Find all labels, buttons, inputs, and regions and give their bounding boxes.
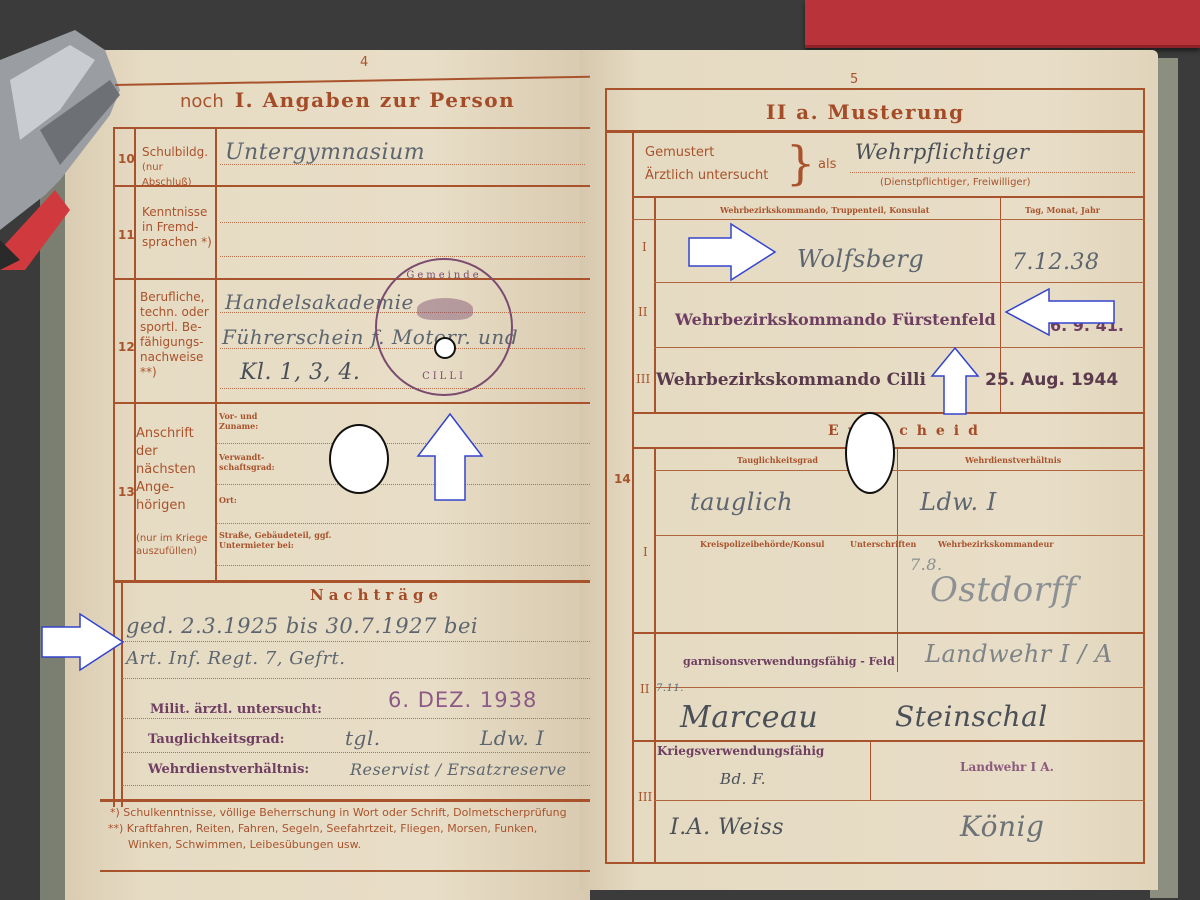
- verhaeltnis-header: Wehrdienstverhältnis: [965, 455, 1061, 465]
- dotted-line: [122, 678, 590, 679]
- tauglichkeit-value: tgl.: [345, 726, 381, 750]
- left-section-title: noch I. Angaben zur Person: [180, 88, 515, 112]
- frame-left: [113, 127, 115, 807]
- roman-column-line: [654, 447, 656, 864]
- annotation-oval-right: [845, 412, 895, 494]
- footnote-2: **) Kraftfahren, Reiten, Fahren, Segeln,…: [108, 822, 537, 836]
- divider: [632, 632, 1145, 634]
- wehrdienst-value: Reservist / Ersatzreserve: [350, 760, 567, 779]
- number-column-line: [632, 130, 634, 864]
- als-label: als: [818, 157, 836, 172]
- row-divider: [113, 185, 590, 187]
- field-label: Verwandt-schaftsgrad:: [219, 452, 279, 472]
- row-number: 11: [118, 228, 135, 242]
- roman-numeral: III: [636, 372, 650, 386]
- divider: [632, 740, 1145, 742]
- row-divider: [113, 580, 590, 583]
- row-number: 14: [614, 472, 631, 486]
- verhaeltnis-value: Landwehr I / A: [925, 640, 1113, 668]
- title-prefix: noch: [180, 91, 224, 112]
- row-number: 10: [118, 152, 135, 166]
- divider: [113, 127, 590, 129]
- row-divider: [100, 799, 590, 802]
- row-label: Schulbildg. (nur Abschluß): [142, 145, 214, 190]
- entscheid-date: 7.11.: [656, 683, 684, 694]
- musterung-command: Wolfsberg: [797, 245, 924, 273]
- field-label: Straße, Gebäudeteil, ggf. Untermieter be…: [219, 530, 349, 550]
- seal-top-text: Gemeinde: [377, 270, 511, 281]
- command-header: Wehrbezirkskommando, Truppenteil, Konsul…: [720, 205, 929, 215]
- behoerde-header: Kreispolizeibehörde/Konsul: [700, 539, 824, 549]
- signature-right: Steinschal: [895, 700, 1048, 733]
- row-divider: [654, 282, 1145, 283]
- label-column-line: [215, 127, 217, 582]
- nachtraege-heading: Nachträge: [310, 586, 443, 604]
- musterung-command-stamp: Wehrbezirkskommando Cilli: [656, 370, 926, 390]
- dotted-line: [215, 565, 590, 566]
- bottom-divider: [100, 870, 590, 872]
- initials: Bd. F.: [720, 770, 766, 788]
- divider: [632, 196, 1145, 198]
- divider: [656, 535, 1145, 536]
- divider: [632, 219, 1145, 220]
- gemustert-label: Gemustert: [645, 145, 714, 160]
- dotted-line: [215, 523, 590, 524]
- row-label-text: Schulbildg.: [142, 145, 214, 160]
- annotation-dot: [434, 337, 456, 359]
- divider: [605, 130, 1145, 133]
- dotted-line: [122, 752, 590, 753]
- divider: [656, 687, 1145, 688]
- untersucht-label: Ärztlich untersucht: [645, 168, 768, 183]
- seal-bottom-text: CILLI: [377, 371, 511, 382]
- schulbildung-value: Untergymnasium: [225, 140, 425, 165]
- nachtraege-line-1: ged. 2.3.1925 bis 30.7.1927 bei: [126, 614, 478, 638]
- qualification-line-3: Kl. 1, 3, 4.: [240, 360, 360, 385]
- gemustert-value: Wehrpflichtiger: [855, 140, 1029, 164]
- footnote-3: Winken, Schwimmen, Leibesübungen usw.: [128, 838, 361, 852]
- unterschriften-header: Unterschriften: [850, 539, 916, 549]
- row-divider: [654, 347, 1145, 348]
- roman-numeral: II: [638, 305, 647, 319]
- dotted-line: [220, 222, 585, 223]
- verhaeltnis-stamp: Landwehr I A.: [960, 760, 1054, 774]
- field-label: Vor- und Zuname:: [219, 411, 274, 431]
- arrow-up-icon: [930, 346, 980, 416]
- verhaeltnis-value: Ldw. I: [920, 488, 997, 516]
- date-header: Tag, Monat, Jahr: [1025, 205, 1100, 215]
- nachtraege-line-2: Art. Inf. Regt. 7, Gefrt.: [126, 648, 346, 669]
- arrow-right-icon: [40, 612, 125, 672]
- signature-right: König: [960, 810, 1044, 843]
- right-page-number: 5: [850, 72, 858, 87]
- stamp-label-wehrdienst: Wehrdienstverhältnis:: [148, 762, 309, 777]
- stamp-date: 6. DEZ. 1938: [388, 688, 537, 712]
- tauglichkeit-value-2: Ldw. I: [480, 726, 544, 750]
- footnote-1: *) Schulkenntnisse, völlige Beherrschung…: [110, 806, 567, 820]
- row-label: Anschrift der nächsten Ange-hörigen: [136, 425, 214, 515]
- red-book-cover: [805, 0, 1200, 48]
- kommandeur-signature: Ostdorff: [930, 570, 1077, 610]
- gemustert-hint: (Dienstpflichtiger, Freiwilliger): [880, 175, 1031, 190]
- arrow-up-icon: [415, 412, 485, 502]
- dotted-line: [220, 164, 585, 165]
- tauglichkeit-stamp: garnisonsverwendungsfähig - Feld: [683, 655, 895, 668]
- row-divider: [113, 278, 590, 280]
- annotation-oval-left: [329, 424, 389, 494]
- municipal-seal: Gemeinde CILLI: [375, 258, 513, 396]
- signature-left: Marceau: [680, 700, 818, 735]
- field-label: Ort:: [219, 495, 237, 505]
- kommandeur-header: Wehrbezirkskommandeur: [938, 539, 1054, 549]
- tauglichkeit-value: tauglich: [690, 488, 793, 516]
- roman-numeral: III: [638, 790, 652, 804]
- roman-numeral: II: [640, 682, 649, 696]
- arrow-right-icon: [687, 222, 777, 282]
- tauglichkeit-stamp: Kriegsverwendungsfähig: [657, 744, 824, 758]
- dotted-line: [122, 641, 590, 642]
- dotted-line: [122, 785, 590, 786]
- middle-column-line: [870, 740, 871, 800]
- divider: [654, 800, 1145, 801]
- eagle-emblem-icon: [417, 298, 473, 320]
- dotted-line: [850, 172, 1135, 173]
- row-divider: [113, 402, 590, 404]
- row-label: Kenntnisse in Fremd-sprachen *): [142, 205, 214, 250]
- dotted-line: [215, 443, 590, 444]
- left-page-number: 4: [360, 55, 368, 70]
- brace-icon: }: [786, 138, 815, 188]
- middle-column-line: [897, 447, 898, 672]
- dotted-line: [215, 484, 590, 485]
- row-sublabel: (nur im Kriege auszufüllen): [136, 532, 216, 558]
- stamp-label-untersucht: Milit. ärztl. untersucht:: [150, 702, 322, 717]
- divider: [632, 412, 1145, 414]
- arrow-left-icon: [1004, 287, 1116, 337]
- dotted-line: [122, 718, 590, 719]
- row-number: 12: [118, 340, 135, 354]
- tauglichkeit-header: Tauglichkeitsgrad: [737, 455, 818, 465]
- roman-numeral: I: [643, 545, 648, 559]
- row-number: 13: [118, 485, 135, 499]
- stamp-label-tauglichkeit: Tauglichkeitsgrad:: [148, 732, 284, 747]
- musterung-date-stamp: 25. Aug. 1944: [985, 370, 1118, 390]
- signature-left: I.A. Weiss: [670, 815, 784, 840]
- dotted-line: [220, 256, 585, 257]
- title-text: I. Angaben zur Person: [235, 88, 515, 112]
- musterung-date: 7.12.38: [1012, 250, 1099, 275]
- roman-numeral: I: [642, 240, 647, 254]
- divider: [654, 470, 1145, 471]
- musterung-command-stamp: Wehrbezirkskommando Fürstenfeld: [675, 310, 996, 329]
- row-label: Berufliche, techn. oder sportl. Be-fähig…: [140, 290, 215, 380]
- pliers-icon: [0, 20, 130, 270]
- dotted-line: [220, 388, 585, 389]
- right-section-title: II a. Musterung: [766, 100, 965, 124]
